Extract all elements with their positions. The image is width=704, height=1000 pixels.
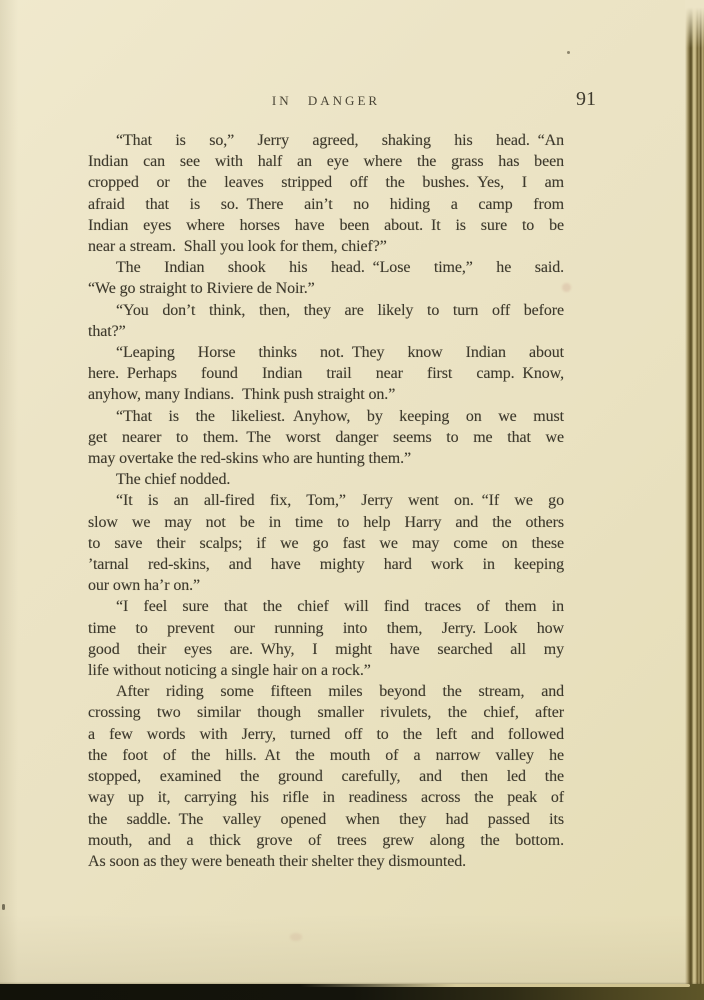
paragraph: “Leaping Horse thinks not. They know Ind… — [88, 342, 564, 406]
text-line: “You don’t think, then, they are likely … — [88, 300, 564, 321]
paragraph: “That is the likeliest. Anyhow, by keepi… — [88, 406, 564, 470]
paragraph: The Indian shook his head. “Lose time,” … — [88, 257, 564, 299]
text-line: near a stream. Shall you look for them, … — [88, 236, 564, 257]
ink-speck — [567, 51, 570, 54]
text-line: afraid that is so. There ain’t no hiding… — [88, 194, 564, 215]
text-line: crossing two similar though smaller rivu… — [88, 702, 564, 723]
bottom-edge-highlight — [300, 984, 690, 987]
paragraph: After riding some fifteen miles beyond t… — [88, 681, 564, 872]
text-line: the foot of the hills. At the mouth of a… — [88, 745, 564, 766]
text-line: “We go straight to Riviere de Noir.” — [88, 278, 564, 299]
text-line: stopped, examined the ground carefully, … — [88, 766, 564, 787]
gutter-shading — [0, 0, 18, 1000]
text-line: anyhow, many Indians. Think push straigh… — [88, 384, 564, 405]
paragraph: “I feel sure that the chief will find tr… — [88, 596, 564, 681]
text-line: The Indian shook his head. “Lose time,” … — [88, 257, 564, 278]
text-line: that?” — [88, 321, 564, 342]
page-curvature-shading — [0, 914, 704, 984]
text-line: may overtake the red-skins who are hunti… — [88, 448, 564, 469]
text-line: “That is the likeliest. Anyhow, by keepi… — [88, 406, 564, 427]
text-line: here. Perhaps found Indian trail near fi… — [88, 363, 564, 384]
book-page-edges — [685, 0, 704, 1000]
running-title: IN DANGER — [88, 93, 564, 109]
text-line: our own ha’r on.” — [88, 575, 564, 596]
text-line: get nearer to them. The worst danger see… — [88, 427, 564, 448]
text-line: way up it, carrying his rifle in readine… — [88, 787, 564, 808]
paragraph: “You don’t think, then, they are likely … — [88, 300, 564, 342]
text-line: ’tarnal red-skins, and have mighty hard … — [88, 554, 564, 575]
text-line: As soon as they were beneath their shelt… — [88, 851, 564, 872]
text-line: After riding some fifteen miles beyond t… — [88, 681, 564, 702]
text-line: cropped or the leaves stripped off the b… — [88, 172, 564, 193]
paragraph: “That is so,” Jerry agreed, shaking his … — [88, 130, 564, 257]
text-line: “That is so,” Jerry agreed, shaking his … — [88, 130, 564, 151]
text-line: the saddle. The valley opened when they … — [88, 809, 564, 830]
text-line: mouth, and a thick grove of trees grew a… — [88, 830, 564, 851]
text-line: a few words with Jerry, turned off to th… — [88, 724, 564, 745]
text-line: “I feel sure that the chief will find tr… — [88, 596, 564, 617]
page-edges-top-fade — [685, 0, 704, 48]
text-line: “It is an all-fired fix, Tom,” Jerry wen… — [88, 490, 564, 511]
book-page-scan: IN DANGER 91 “That is so,” Jerry agreed,… — [0, 0, 704, 1000]
body-text: “That is so,” Jerry agreed, shaking his … — [88, 130, 564, 872]
paragraph: The chief nodded. — [88, 469, 564, 490]
margin-speck — [2, 904, 5, 910]
text-line: time to prevent our running into them, J… — [88, 618, 564, 639]
text-line: slow we may not be in time to help Harry… — [88, 512, 564, 533]
page-number: 91 — [556, 88, 596, 111]
text-line: to save their scalps; if we go fast we m… — [88, 533, 564, 554]
text-line: good their eyes are. Why, I might have s… — [88, 639, 564, 660]
paragraph: “It is an all-fired fix, Tom,” Jerry wen… — [88, 490, 564, 596]
text-line: The chief nodded. — [88, 469, 564, 490]
scan-smudge — [562, 283, 571, 292]
text-line: life without noticing a single hair on a… — [88, 660, 564, 681]
text-line: “Leaping Horse thinks not. They know Ind… — [88, 342, 564, 363]
text-line: Indian can see with half an eye where th… — [88, 151, 564, 172]
scan-smudge — [290, 933, 302, 941]
text-line: Indian eyes where horses have been about… — [88, 215, 564, 236]
